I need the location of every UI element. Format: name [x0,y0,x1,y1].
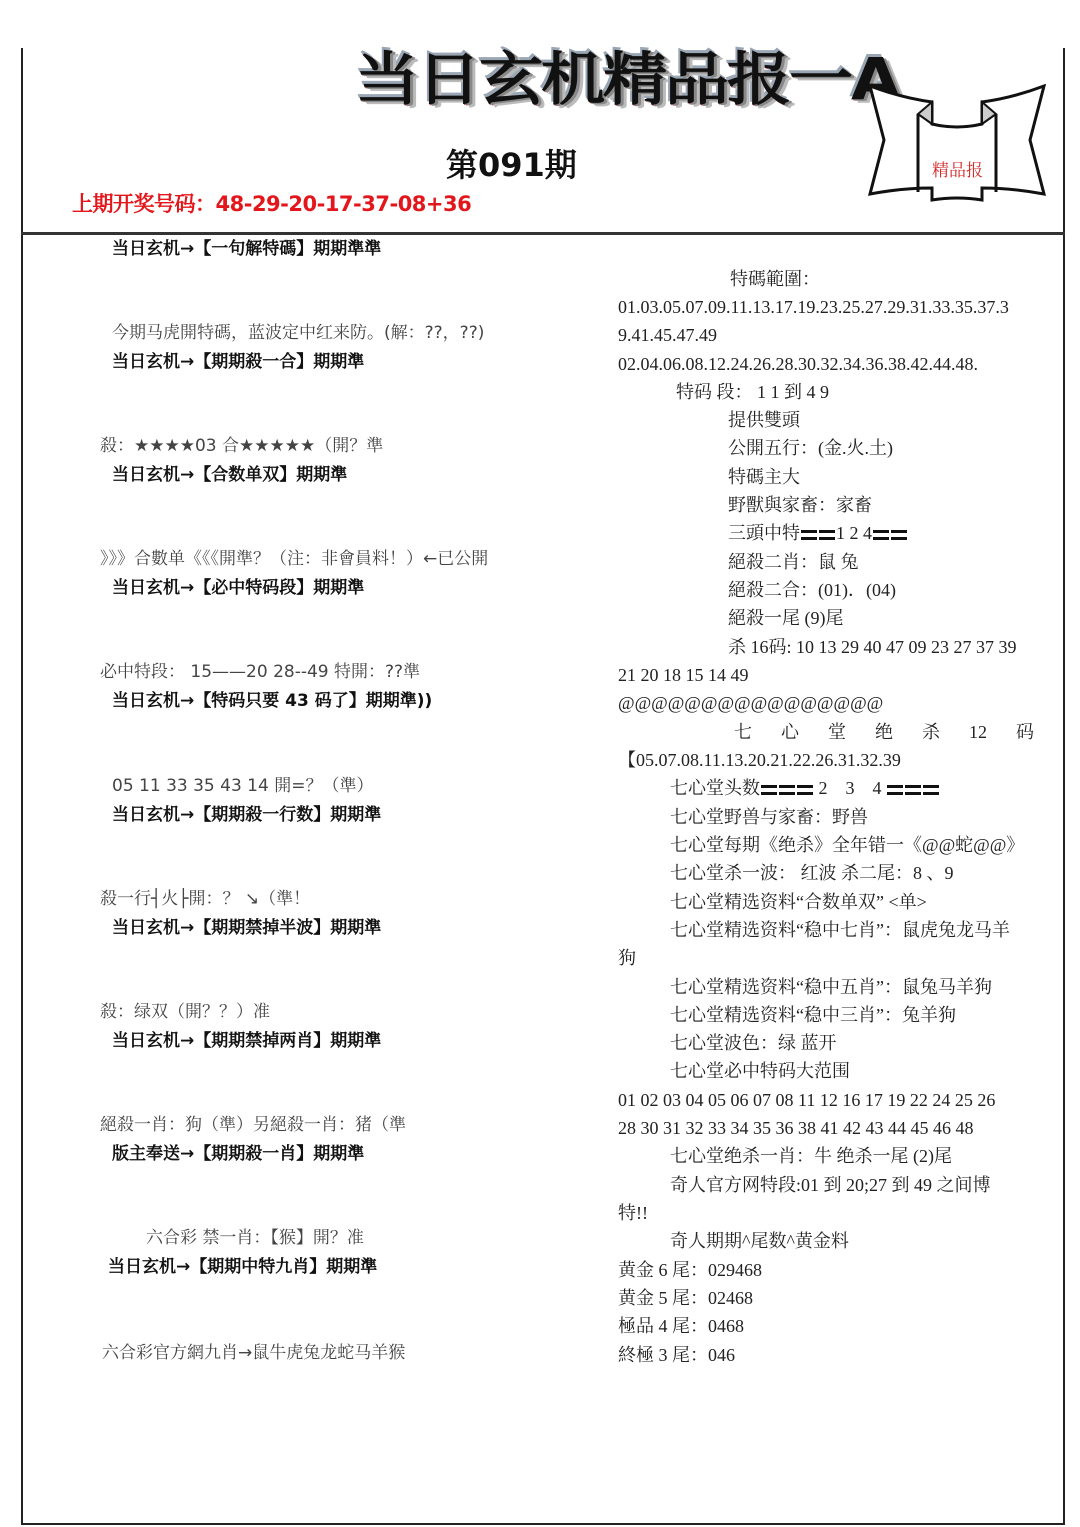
tip-line: 殺一行┤火├開：？ ↘（準！ [100,888,310,910]
qxt-line: 七心堂精选资料“稳中五肖”：鼠兔马羊狗 [670,976,992,998]
tip-line: 殺：★★★★03 合★★★★★（開？準 [100,435,383,457]
section-heading: 当日玄机→【期期中特九肖】期期準 [108,1256,377,1278]
qxt-range-line: 01 02 03 04 05 06 07 08 11 12 16 17 19 2… [618,1089,995,1111]
tip-line: 05 11 33 35 43 14 開=？（準） [112,775,373,797]
tail-line: 極品 4 尾：0468 [618,1315,744,1337]
bar-icon [905,785,921,795]
info-line: 公開五行：(金.火.土) [728,437,893,459]
range-line: 02.04.06.08.12.24.26.28.30.32.34.36.38.4… [618,353,978,375]
bar-icon [923,785,939,795]
bar-icon [819,530,835,540]
qxt-line: 七心堂精选资料“合数单双” <单> [670,891,927,913]
tip-line: 絕殺一肖：狗（準）另絕殺一肖：猪（準 [100,1114,406,1136]
tip-line: 殺：绿双（開？？）准 [100,1001,270,1023]
qxt-line: 七心堂野兽与家畜：野兽 [670,806,868,828]
qxt-line: 七心堂必中特码大范围 [670,1060,850,1082]
banner-title: 当日玄机精品报一A [355,44,899,116]
info-line: 特碼主大 [728,466,800,488]
three-heads-value: 1 2 4 [836,523,872,543]
qxt-kill12: 【05.07.08.11.13.20.21.22.26.31.32.39 [618,749,901,771]
range-line: 01.03.05.07.09.11.13.17.19.23.25.27.29.3… [618,296,1009,318]
header-divider [21,232,1065,235]
tail-line: 黄金 5 尾：02468 [618,1287,753,1309]
qxt-heads-line: 七心堂头数 2 3 4 [670,777,940,799]
info-line: 絕殺二合：(01)．(04) [728,579,896,601]
tip-line: 六合彩官方網九肖→鼠牛虎兔龙蛇马羊猴 [102,1342,405,1364]
info-line: 絕殺二肖：鼠 兔 [728,551,859,573]
three-heads-line: 三頭中特1 2 4 [728,522,908,544]
tip-line: 今期马虎開特碼，蓝波定中红来防。(解：??，??) [112,322,484,344]
section-heading: 当日玄机→【必中特码段】期期準 [112,577,364,599]
section-heading: 当日玄机→【期期殺一合】期期準 [112,351,364,373]
issue-number: 第091期 [446,140,577,186]
bar-icon [779,785,795,795]
tip-line: 六合彩 禁一肖：【猴】開？准 [146,1227,364,1249]
qxt-line: 七心堂每期《绝杀》全年错一《@@蛇@@》 [670,834,1024,856]
ribbon-label: 精品报 [932,156,983,181]
previous-draw-numbers: 上期开奖号码：48-29-20-17-37-08+36 [72,188,471,218]
ribbon-badge-icon [862,84,1052,204]
tip-line: 必中特段： 15——20 28--49 特開：??準 [100,661,420,683]
qxt-heads-value: 2 3 4 [819,778,882,798]
qxt-title: 七 心 堂 绝 杀 12 码 [734,721,1034,743]
at-divider: @@@@@@@@@@@@@@@@ [618,692,883,714]
qxt-line: 七心堂精选资料“稳中七肖”：鼠虎兔龙马羊 [670,919,1010,941]
qxt-heads-label: 七心堂头数 [670,778,760,798]
qxt-line: 七心堂杀一波： 红波 杀二尾：8 、9 [670,862,954,884]
kill16-line: 杀 16码: 10 13 29 40 47 09 23 27 37 39 [728,636,1017,658]
range-line: 9.41.45.47.49 [618,324,717,346]
range-title: 特碼範圍： [730,268,820,290]
section-heading: 当日玄机→【期期禁掉半波】期期準 [112,917,381,939]
qxt-line: 七心堂波色：绿 蓝开 [670,1032,837,1054]
section-heading: 当日玄机→【特码只要 43 码了】期期準)) [112,690,432,712]
info-line: 野獸與家畜：家畜 [728,494,872,516]
section-heading: 版主奉送→【期期殺一肖】期期準 [112,1143,364,1165]
info-line: 提供雙頭 [728,409,800,431]
title-banner: 当日玄机精品报一A [355,40,875,120]
section-heading: 当日玄机→【期期殺一行数】期期準 [112,804,381,826]
bar-icon [801,530,817,540]
bar-icon [873,530,889,540]
qxt-line: 七心堂绝杀一肖：牛 绝杀一尾 (2)尾 [670,1145,952,1167]
kill16-line: 21 20 18 15 14 49 [618,664,749,686]
qxt-line: 狗 [618,947,636,969]
info-line: 絕殺一尾 (9)尾 [728,607,844,629]
section-heading: 当日玄机→【一句解特碼】期期準準 [112,238,381,260]
qiren-line: 奇人官方网特段:01 到 20;27 到 49 之间博 [670,1174,991,1196]
qiren-title: 奇人期期^尾数^黄金料 [670,1230,849,1252]
bar-icon [761,785,777,795]
section-heading: 当日玄机→【期期禁掉两肖】期期準 [112,1030,381,1052]
bar-icon [797,785,813,795]
bar-icon [891,530,907,540]
bar-icon [887,785,903,795]
tail-line: 黄金 6 尾：029468 [618,1259,762,1281]
qxt-line: 七心堂精选资料“稳中三肖”：兔羊狗 [670,1004,956,1026]
three-heads-label: 三頭中特 [728,523,800,543]
section-heading: 当日玄机→【合数单双】期期準 [112,464,347,486]
segment-line: 特码 段： 1 1 到 4 9 [676,381,829,403]
tail-line: 終極 3 尾：046 [618,1344,735,1366]
tip-line: 》》》合數单《《《開準？（注：非會員料！）←已公開 [100,548,488,570]
qiren-line: 特!! [618,1202,648,1224]
qxt-range-line: 28 30 31 32 33 34 35 36 38 41 42 43 44 4… [618,1117,974,1139]
